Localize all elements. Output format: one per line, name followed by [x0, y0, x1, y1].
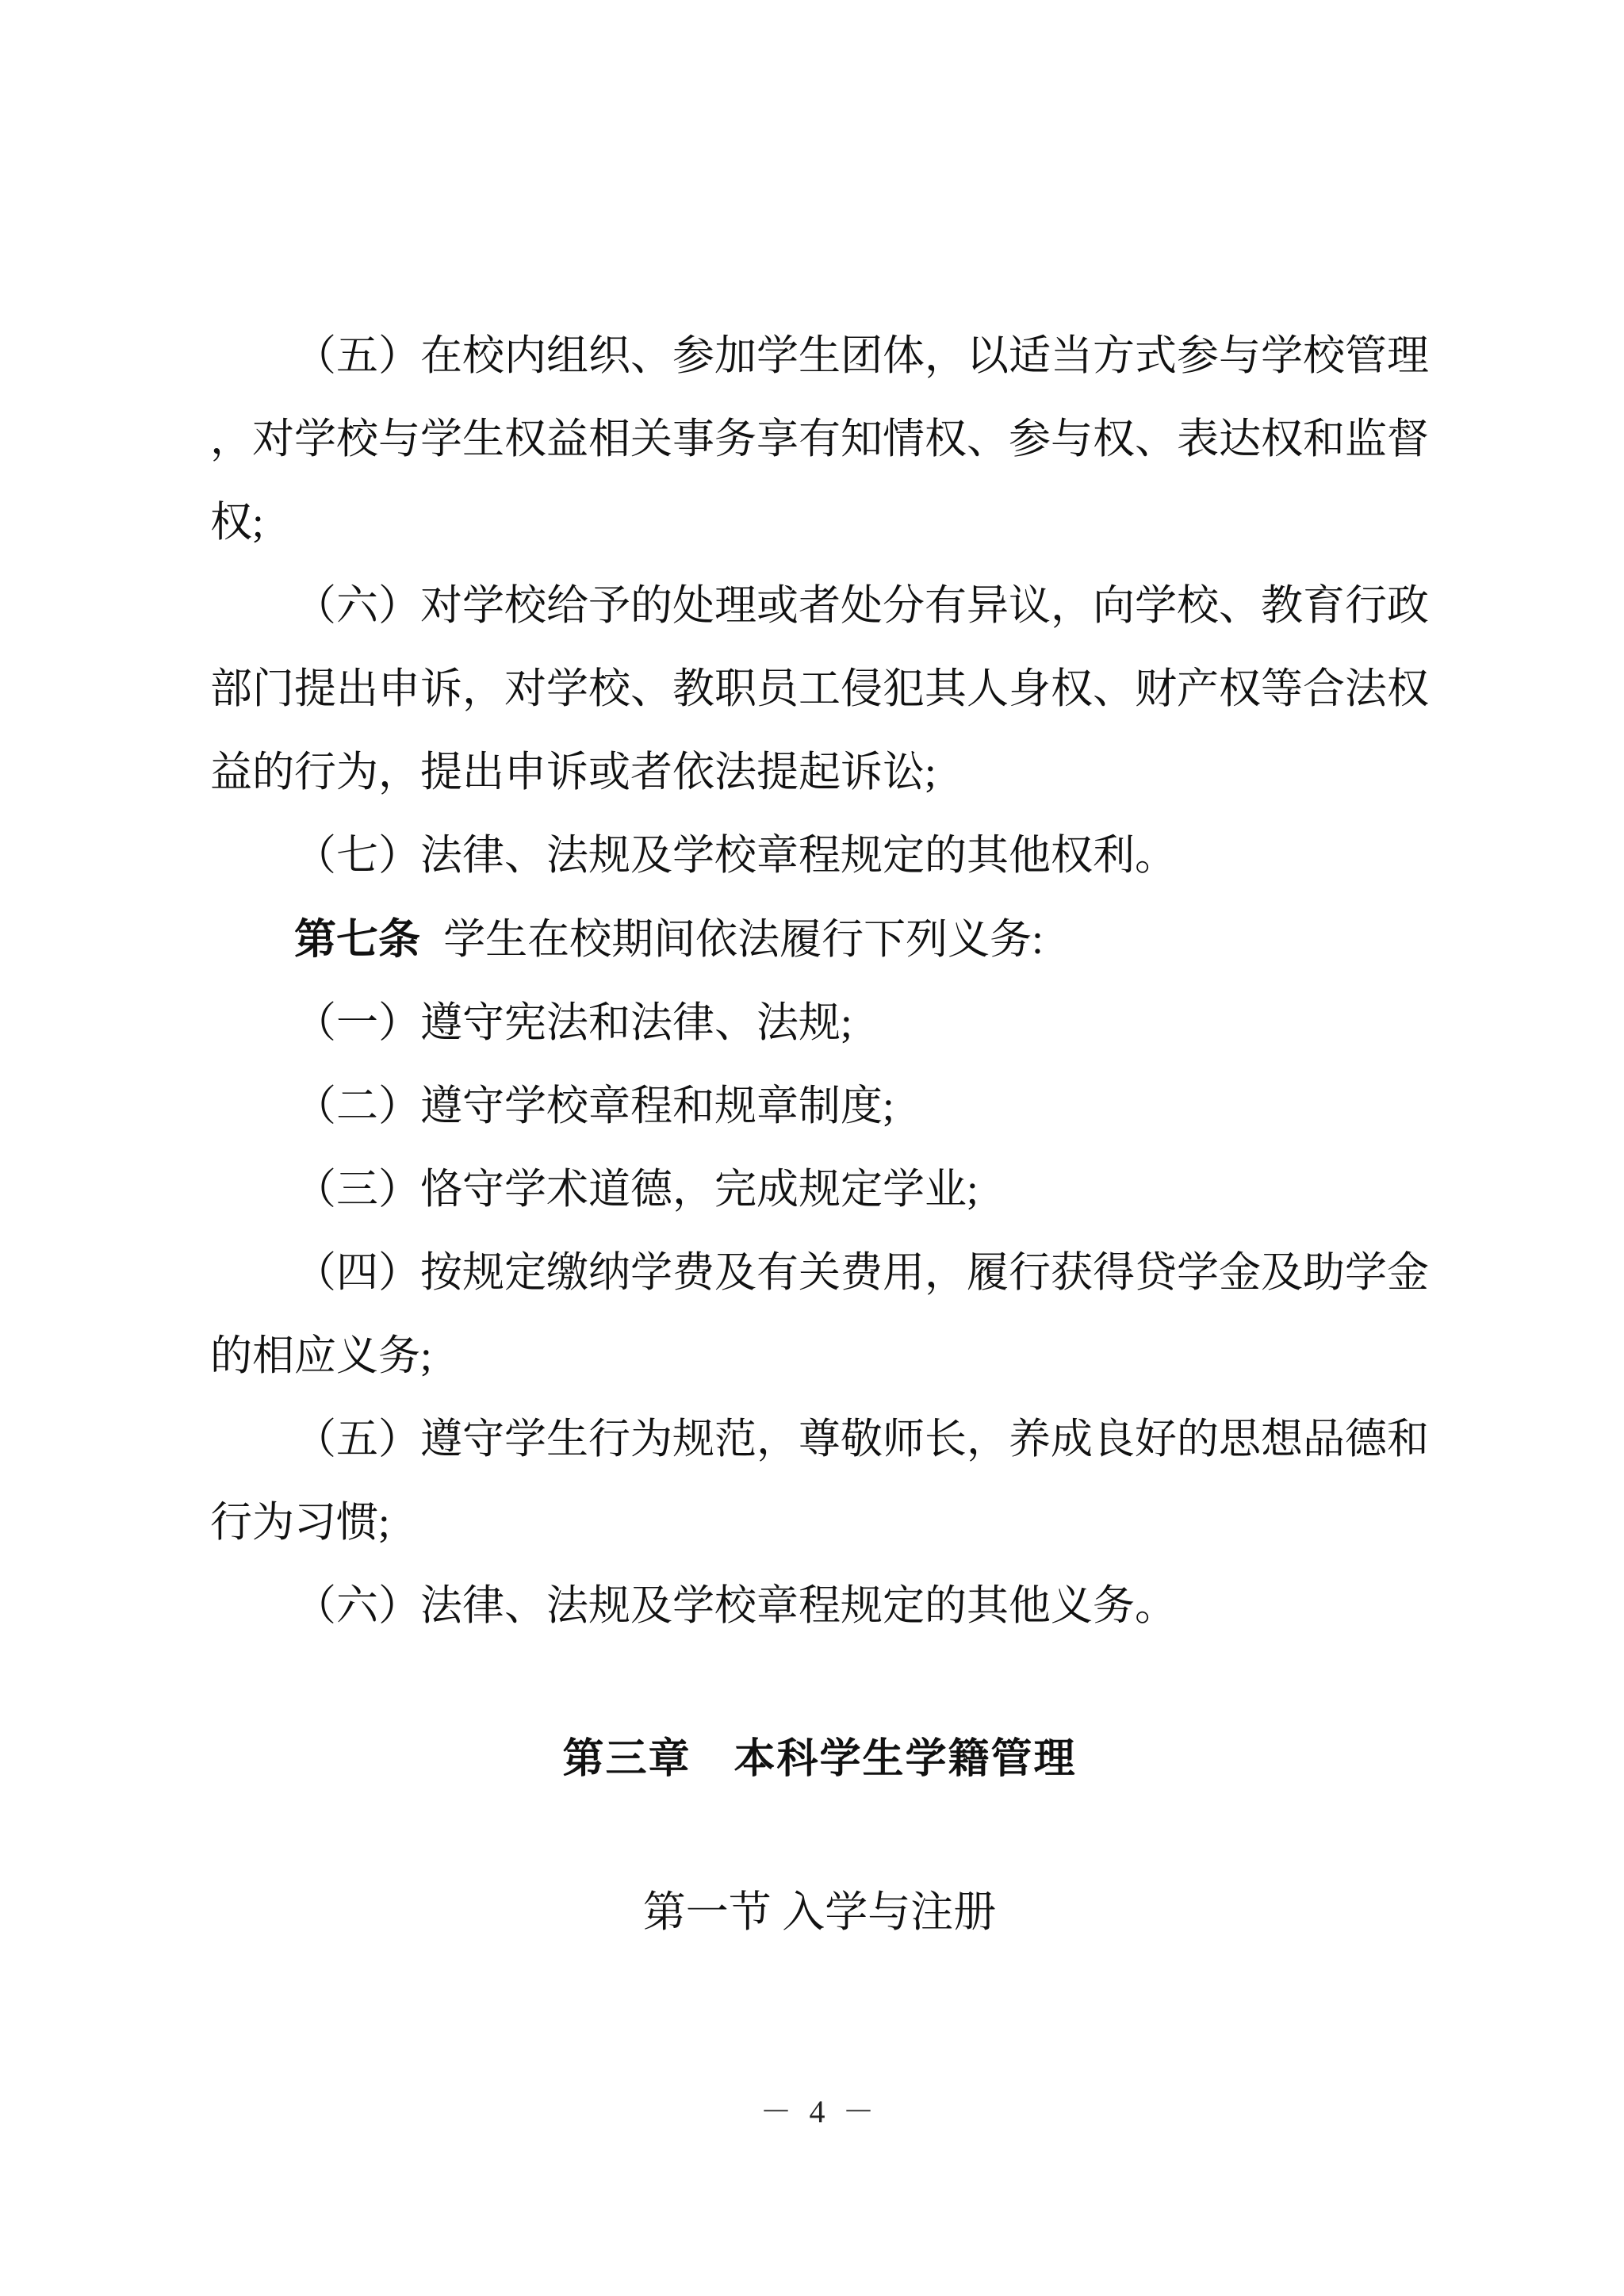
duty-clause-2: （二）遵守学校章程和规章制度;	[210, 1065, 1429, 1148]
article-7-text: 学生在校期间依法履行下列义务:	[443, 917, 1044, 963]
page-content: （五）在校内组织、参加学生团体，以适当方式参与学校管理，对学校与学生权益相关事务…	[210, 315, 1429, 2129]
duty-clause-5: （五）遵守学生行为规范，尊敬师长，养成良好的思想品德和行为习惯;	[210, 1398, 1429, 1565]
rights-clause-6: （六）对学校给予的处理或者处分有异议，向学校、教育行政部门提出申诉，对学校、教职…	[210, 565, 1429, 815]
duty-clause-1: （一）遵守宪法和法律、法规;	[210, 982, 1429, 1065]
document-page: （五）在校内组织、参加学生团体，以适当方式参与学校管理，对学校与学生权益相关事务…	[0, 0, 1624, 2296]
article-7-paragraph: 第七条学生在校期间依法履行下列义务:	[210, 898, 1429, 982]
duty-clause-4: （四）按规定缴纳学费及有关费用，履行获得贷学金及助学金的相应义务;	[210, 1232, 1429, 1398]
rights-clause-5: （五）在校内组织、参加学生团体，以适当方式参与学校管理，对学校与学生权益相关事务…	[210, 315, 1429, 565]
chapter-heading: 第三章 本科学生学籍管理	[210, 1718, 1429, 1801]
rights-clause-7: （七）法律、法规及学校章程规定的其他权利。	[210, 815, 1429, 898]
page-number: － 4 －	[210, 2095, 1429, 2129]
article-7-number: 第七条	[294, 916, 420, 963]
duty-clause-3: （三）恪守学术道德，完成规定学业;	[210, 1148, 1429, 1232]
duty-clause-6: （六）法律、法规及学校章程规定的其他义务。	[210, 1565, 1429, 1648]
section-heading: 第一节 入学与注册	[210, 1871, 1429, 1954]
